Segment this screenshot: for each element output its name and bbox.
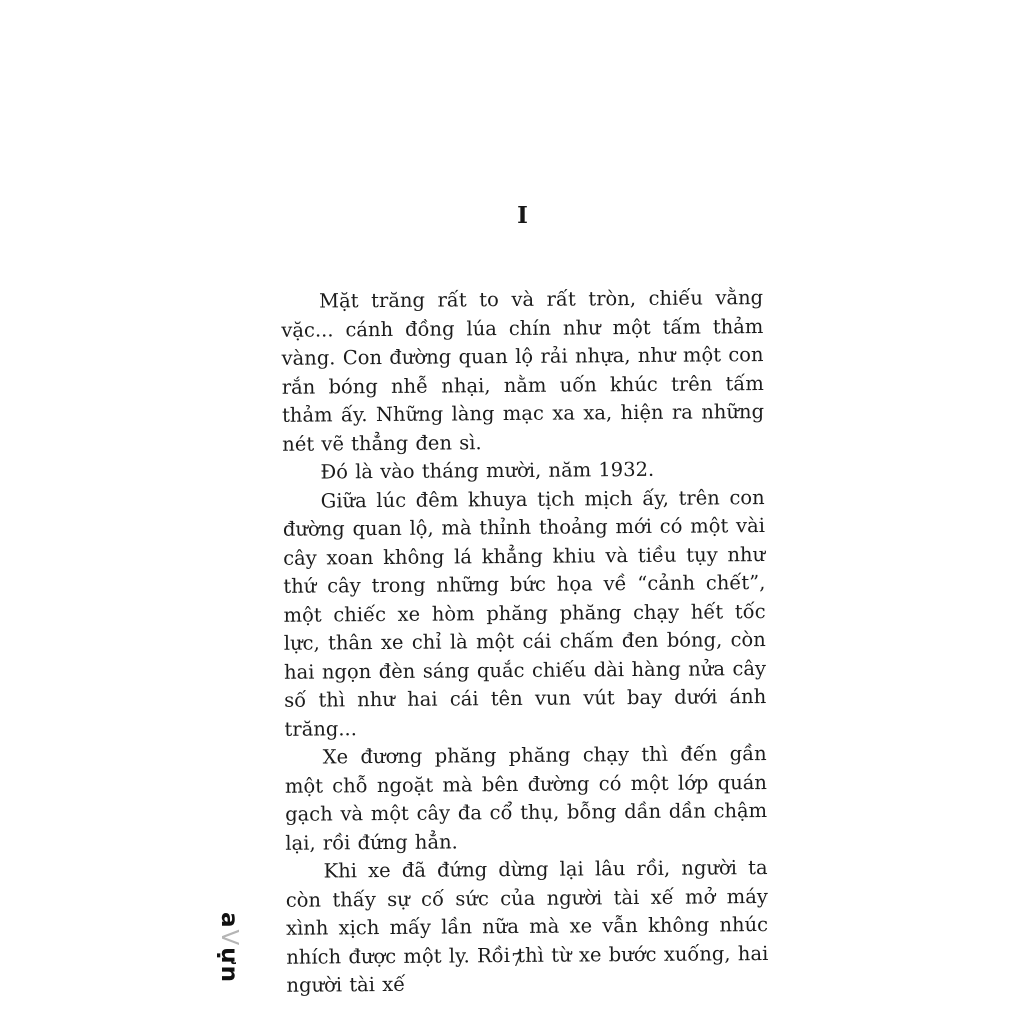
page-body: Mặt trăng rất to và rất tròn, chiếu vằng… — [281, 284, 769, 1000]
side-watermark-glyph: a — [216, 912, 242, 930]
paragraph: Giữa lúc đêm khuya tịch mịch ấy, trên co… — [283, 483, 767, 743]
paragraph: Mặt trăng rất to và rất tròn, chiếu vằng… — [281, 284, 764, 459]
book-page: I Mặt trăng rất to và rất tròn, chiếu vằ… — [0, 0, 1024, 1024]
paragraph: Xe đương phăng phăng chạy thì đến gần mộ… — [285, 740, 768, 858]
paragraph: Đó là vào tháng mười, năm 1932. — [282, 455, 764, 487]
side-watermark-glyph: V — [216, 930, 242, 948]
paragraph: Khi xe đã đứng dừng lại lâu rồi, người t… — [285, 854, 768, 1000]
chapter-heading: I — [282, 202, 764, 229]
side-watermark: aVựn — [216, 912, 242, 984]
side-watermark-glyph: ựn — [216, 947, 242, 984]
page-number: 7 — [282, 951, 752, 971]
